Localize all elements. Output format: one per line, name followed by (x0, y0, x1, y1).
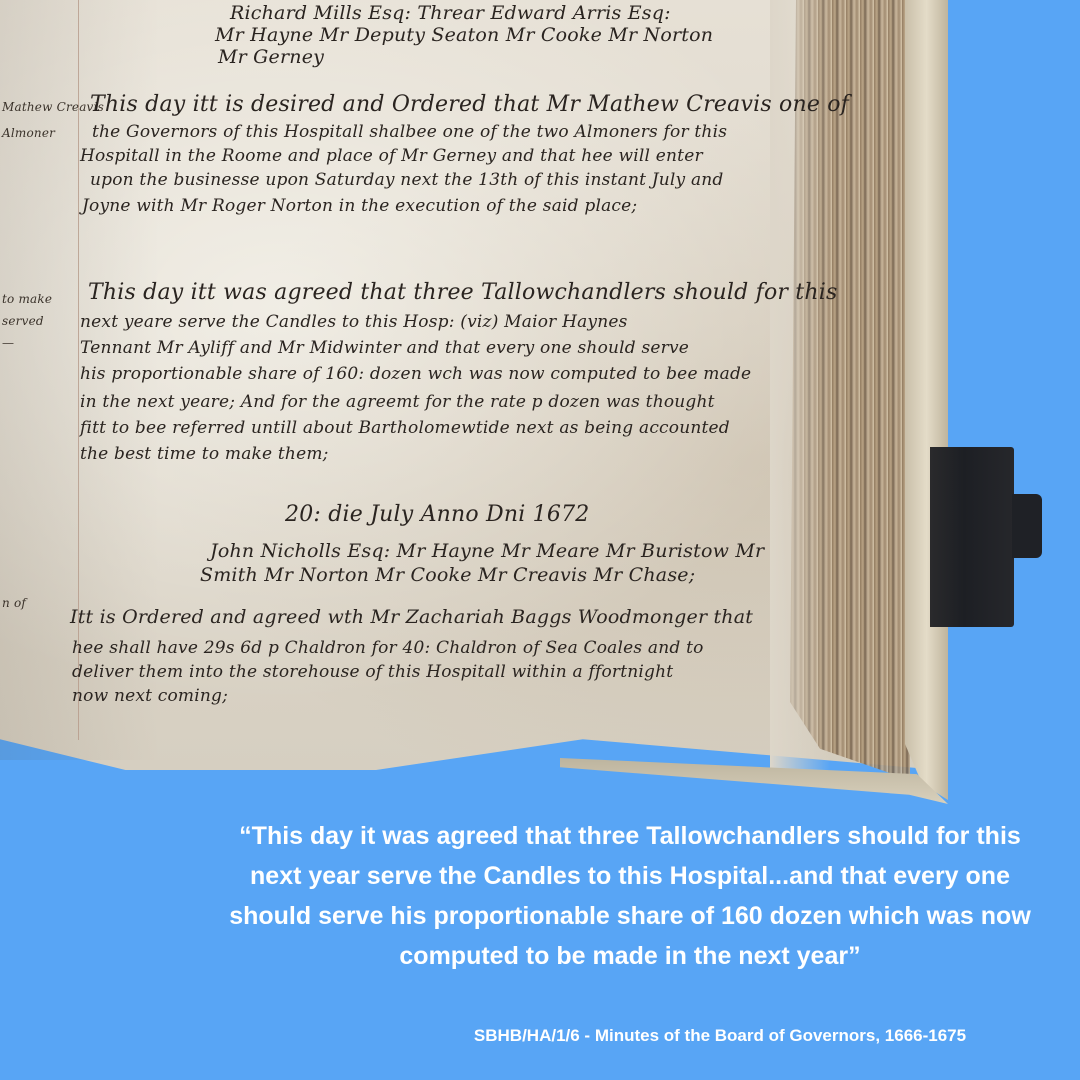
header-names-line: Mr Gerney (218, 46, 324, 68)
margin-note: served (2, 314, 44, 328)
entry-line: Joyne with Mr Roger Norton in the execut… (82, 196, 637, 216)
margin-note: n of (2, 596, 26, 610)
header-names-line: Richard Mills Esq: Threar Edward Arris E… (230, 2, 671, 24)
entry-line: This day itt was agreed that three Tallo… (88, 280, 837, 305)
entry-line: the best time to make them; (80, 444, 329, 464)
manuscript-photo: Richard Mills Esq: Threar Edward Arris E… (0, 0, 948, 800)
entry-line: the Governors of this Hospitall shalbee … (92, 122, 727, 142)
meeting-date: 20: die July Anno Dni 1672 (285, 502, 589, 527)
entry-line: Tennant Mr Ayliff and Mr Midwinter and t… (80, 338, 689, 358)
margin-note: Almoner (2, 126, 55, 140)
book-cover-edge (905, 0, 948, 800)
entry-line: hee shall have 29s 6d p Chaldron for 40:… (72, 638, 704, 658)
entry-line: Itt is Ordered and agreed wth Mr Zachari… (70, 606, 753, 628)
entry-line: Hospitall in the Roome and place of Mr G… (80, 146, 703, 166)
page-edge-fade (770, 0, 830, 780)
entry-line: This day itt is desired and Ordered that… (90, 92, 849, 117)
entry-line: now next coming; (72, 686, 228, 706)
attendees-line: John Nicholls Esq: Mr Hayne Mr Meare Mr … (210, 540, 764, 562)
margin-note: — (2, 336, 14, 350)
book-clasp (930, 447, 1014, 627)
book-clasp-tab (1012, 494, 1042, 558)
quote-caption: “This day it was agreed that three Tallo… (220, 816, 1040, 976)
entry-line: fitt to bee referred untill about Bartho… (80, 418, 730, 438)
entry-line: upon the businesse upon Saturday next th… (90, 170, 724, 190)
margin-note: Mathew Creavis (2, 100, 104, 114)
margin-note: to make (2, 292, 52, 306)
header-names-line: Mr Hayne Mr Deputy Seaton Mr Cooke Mr No… (215, 24, 713, 46)
entry-line: in the next yeare; And for the agreemt f… (80, 392, 715, 412)
archive-reference: SBHB/HA/1/6 - Minutes of the Board of Go… (400, 1026, 1040, 1046)
entry-line: deliver them into the storehouse of this… (72, 662, 673, 682)
entry-line: his proportionable share of 160: dozen w… (80, 364, 751, 384)
entry-line: next yeare serve the Candles to this Hos… (80, 312, 628, 332)
attendees-line: Smith Mr Norton Mr Cooke Mr Creavis Mr C… (200, 564, 695, 586)
